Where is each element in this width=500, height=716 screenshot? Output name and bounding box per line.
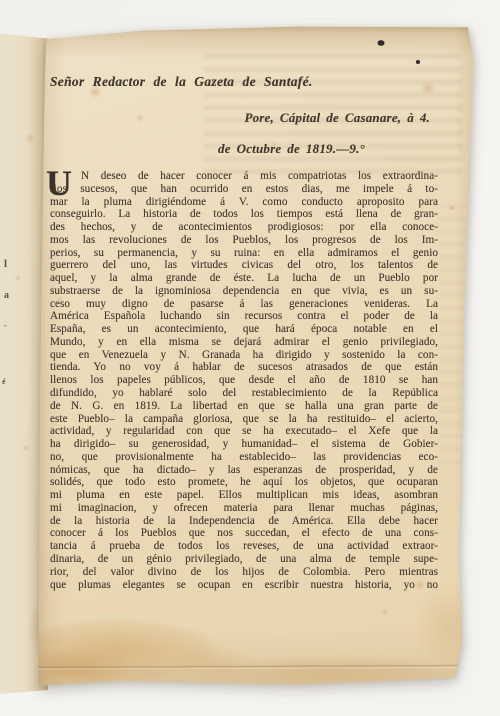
- body-line: guerrero del uno, las virtudes civicas d…: [50, 259, 438, 272]
- adjacent-page-text-fragment: é: [2, 377, 6, 386]
- body-line: ha dirigido– su generosidad, y humanidad…: [50, 438, 438, 451]
- salutation-line: Señor Redactor de la Gazeta de Santafé.: [50, 74, 313, 90]
- document-photograph: l a - é Señor Redactor de la Gazeta de S…: [0, 0, 500, 716]
- body-line: América Española luchando sin recursos c…: [50, 310, 438, 323]
- adjacent-page-text-fragment: -: [4, 321, 7, 330]
- body-line: mos las revoluciones de los Pueblos, los…: [50, 234, 438, 247]
- page-shadow-wrapper: Señor Redactor de la Gazeta de Santafé. …: [34, 24, 474, 686]
- body-line: substraerse de la ignominiosa dependenci…: [50, 285, 438, 298]
- body-line: mi imaginacion, y ofrecen materia para l…: [50, 502, 438, 515]
- body-line: que en Venezuela y N. Granada ha dirigid…: [50, 349, 438, 362]
- body-line: este Pueblo– la campaña gloriosa, que se…: [50, 413, 438, 426]
- verso-showthrough: [439, 204, 467, 474]
- body-line: dinaria, de un génio privilegiado, de un…: [50, 553, 438, 566]
- body-line: tienda. Yo no voy á hablar de sucesos at…: [50, 361, 438, 374]
- body-line: mar la pluma dirigiéndome á V. como cond…: [50, 196, 438, 209]
- body-line: de N. G. en 1819. La libertad en que se …: [50, 400, 438, 413]
- body-line: rior, del valor divino de los hijos de C…: [50, 566, 438, 579]
- body-line: solidés, que todo esto promete, he aquí …: [50, 476, 438, 489]
- body-line: conocer á los Pueblos que nos succedan, …: [50, 527, 438, 540]
- body-line: mi pluma en este papel. Ellos multiplica…: [50, 489, 438, 502]
- body-line: des hechos, y de acontecimientos prodigi…: [50, 221, 438, 234]
- body-line: que plumas elegantes se ocupan en escrib…: [50, 579, 438, 592]
- body-line: Mundo, y en ella misma se dejará admirar…: [50, 336, 438, 349]
- body-line: rios sucesos, que han ocurrido en estos …: [50, 183, 438, 196]
- dateline-place: Pore, Cápital de Casanare, à 4.: [244, 110, 430, 126]
- body-line: tancia á prueba de todos los reveses, de…: [50, 540, 438, 553]
- adjacent-page-text-fragment: a: [4, 290, 9, 301]
- body-line: llenos los papeles públicos, que desde e…: [50, 374, 438, 387]
- dateline-date: de Octubre de 1819.—9.°: [218, 141, 365, 157]
- body-line: ceso muy digno de pasarse á las generaci…: [50, 298, 438, 311]
- body-line: nómicas, que ha dictado– y las esperanza…: [50, 464, 438, 477]
- adjacent-page-text-fragment: l: [4, 258, 7, 270]
- body-line: conseguirlo. La historia de todos los ti…: [50, 208, 438, 221]
- body-line: aquel, y la alma grande de éste. La luch…: [50, 272, 438, 285]
- body-line: actividad, y regularidad con que se ha e…: [50, 425, 438, 438]
- document-page: Señor Redactor de la Gazeta de Santafé. …: [34, 24, 474, 686]
- fold-crease: [38, 664, 460, 670]
- body-line: de la historia de la Independencia de Am…: [50, 515, 438, 528]
- body-line: perios, su permanencia, y su ruina: en e…: [50, 247, 438, 260]
- body-line: N deseo de hacer conocer á mis compatrio…: [50, 170, 438, 183]
- body-text: N deseo de hacer conocer á mis compatrio…: [50, 170, 438, 591]
- body-line: España, es un acontecimiento, que hará é…: [50, 323, 438, 336]
- body-line: difundido, yo hablaré solo del restablec…: [50, 387, 438, 400]
- body-line: no, que provisionalmente ha establecido–…: [50, 451, 438, 464]
